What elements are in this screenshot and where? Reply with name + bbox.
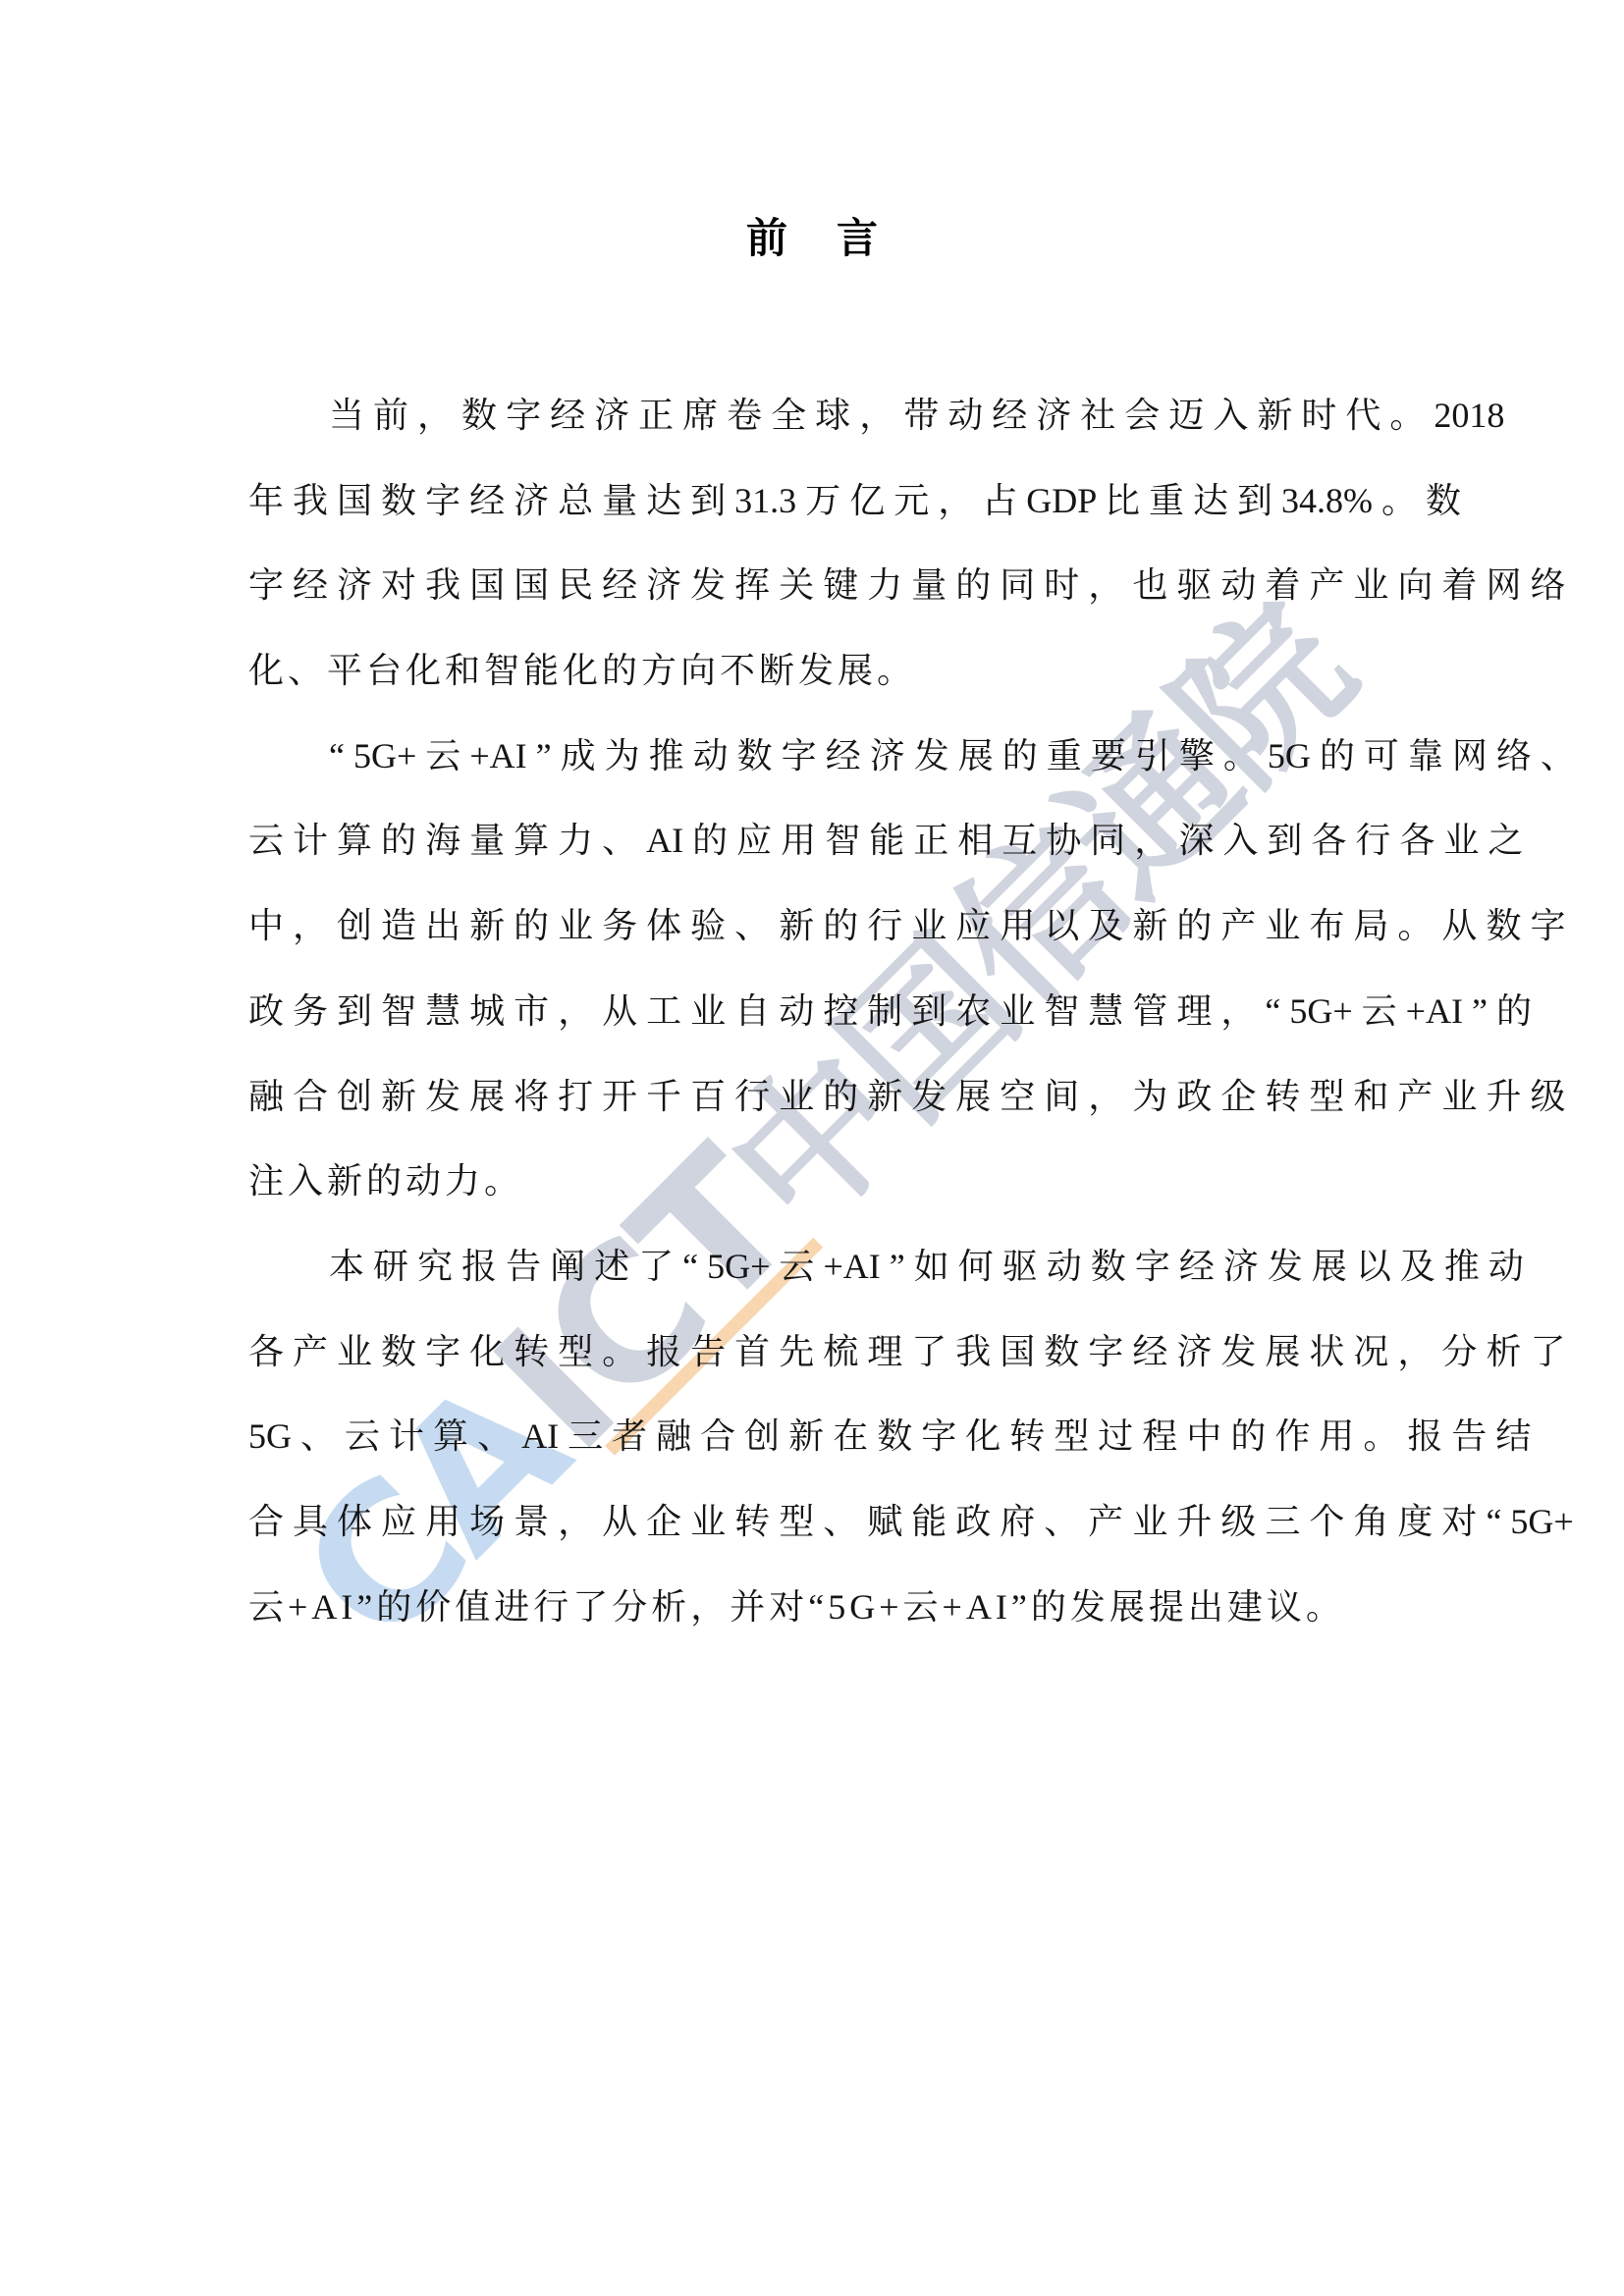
document-page: CA ICT 中国信通院 前言 当 前 ， 数 字 经 济 正 席 卷 全 球 … bbox=[0, 0, 1624, 2296]
paragraph-line: 政 务 到 智 慧 城 市 ， 从 工 业 自 动 控 制 到 农 业 智 慧 … bbox=[248, 988, 1377, 1074]
paragraph-line: 年 我 国 数 字 经 济 总 量 达 到 31.3 万 亿 元 ， 占 GDP… bbox=[248, 478, 1377, 563]
page-title: 前言 bbox=[0, 214, 1624, 263]
paragraph-line: 5G 、 云 计 算 、 AI 三 者 融 合 创 新 在 数 字 化 转 型 … bbox=[248, 1414, 1377, 1499]
paragraph-line: 注入新的动力。 bbox=[248, 1158, 1377, 1244]
paragraph-line: 中 ， 创 造 出 新 的 业 务 体 验 、 新 的 行 业 应 用 以 及 … bbox=[248, 903, 1377, 988]
paragraph-line: 字 经 济 对 我 国 国 民 经 济 发 挥 关 键 力 量 的 同 时 ， … bbox=[248, 562, 1377, 648]
paragraph-line: “ 5G+ 云 +AI ” 成 为 推 动 数 字 经 济 发 展 的 重 要 … bbox=[248, 733, 1377, 819]
paragraph-line: 合 具 体 应 用 场 景 ， 从 企 业 转 型 、 赋 能 政 府 、 产 … bbox=[248, 1499, 1377, 1584]
paragraph-line: 云+AI”的价值进行了分析，并对“5G+云+AI”的发展提出建议。 bbox=[248, 1584, 1377, 1670]
paragraph-line: 云 计 算 的 海 量 算 力 、 AI 的 应 用 智 能 正 相 互 协 同… bbox=[248, 818, 1377, 903]
paragraph-line: 化、平台化和智能化的方向不断发展。 bbox=[248, 648, 1377, 733]
paragraph-line: 各 产 业 数 字 化 转 型 。 报 告 首 先 梳 理 了 我 国 数 字 … bbox=[248, 1329, 1377, 1415]
paragraph-3: 本 研 究 报 告 阐 述 了 “ 5G+ 云 +AI ” 如 何 驱 动 数 … bbox=[248, 1244, 1377, 1669]
paragraph-line: 融 合 创 新 发 展 将 打 开 千 百 行 业 的 新 发 展 空 间 ， … bbox=[248, 1074, 1377, 1159]
paragraph-2: “ 5G+ 云 +AI ” 成 为 推 动 数 字 经 济 发 展 的 重 要 … bbox=[248, 733, 1377, 1244]
paragraph-line: 本 研 究 报 告 阐 述 了 “ 5G+ 云 +AI ” 如 何 驱 动 数 … bbox=[248, 1244, 1377, 1329]
paragraph-1: 当 前 ， 数 字 经 济 正 席 卷 全 球 ， 带 动 经 济 社 会 迈 … bbox=[248, 393, 1377, 733]
preface-body: 当 前 ， 数 字 经 济 正 席 卷 全 球 ， 带 动 经 济 社 会 迈 … bbox=[248, 393, 1377, 1669]
paragraph-line: 当 前 ， 数 字 经 济 正 席 卷 全 球 ， 带 动 经 济 社 会 迈 … bbox=[248, 393, 1377, 478]
